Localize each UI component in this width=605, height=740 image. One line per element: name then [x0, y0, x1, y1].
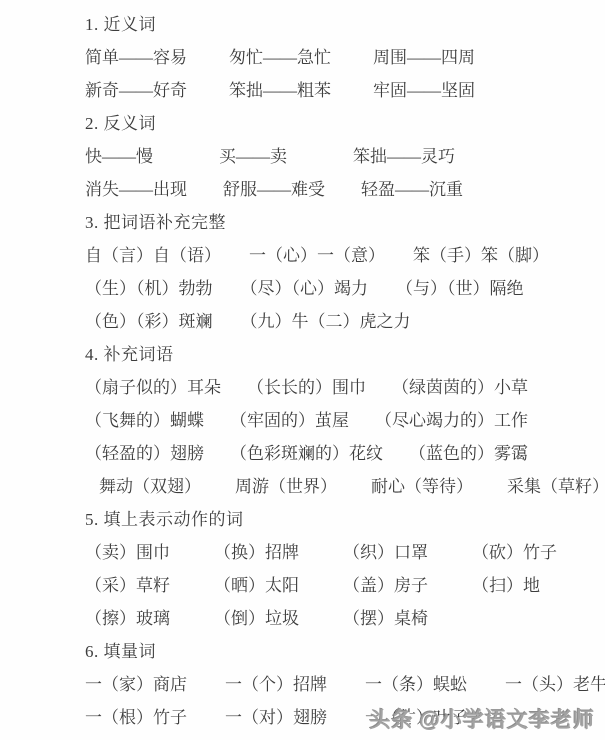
section-heading: 2. 反义词 — [85, 105, 585, 138]
word-row: 快——慢 买——卖 笨拙——灵巧 — [85, 138, 585, 171]
section-antonyms: 2. 反义词 快——慢 买——卖 笨拙——灵巧 消失——出现 舒服——难受 轻盈… — [85, 105, 585, 204]
fill-in-item: （九）牛（二）虎之力 — [241, 307, 411, 332]
fill-in-item: 一（家）商店 — [85, 670, 187, 695]
fill-in-item: （扫）地 — [472, 571, 540, 596]
fill-in-item: 耐心（等待） — [371, 472, 473, 497]
word-row: （飞舞的）蝴蝶 （牢固的）茧屋 （尽心竭力的）工作 — [85, 402, 585, 435]
fill-in-item: （牢固的）茧屋 — [230, 406, 349, 431]
fill-in-item: （倒）垃圾 — [214, 604, 299, 629]
fill-in-item: （色彩斑斓的）花纹 — [230, 439, 383, 464]
fill-in-item: （织）口罩 — [343, 538, 428, 563]
fill-in-item: 一（个）招牌 — [225, 670, 327, 695]
section-heading: 5. 填上表示动作的词 — [85, 501, 585, 534]
word-row: 一（家）商店 一（个）招牌 一（条）蜈蚣 一（头）老牛 — [85, 666, 585, 699]
word-row: 自（言）自（语） 一（心）一（意） 笨（手）笨（脚） — [85, 237, 585, 270]
fill-in-item: （扇子似的）耳朵 — [85, 373, 221, 398]
fill-in-item: （砍）竹子 — [472, 538, 557, 563]
fill-in-item: （晒）太阳 — [214, 571, 299, 596]
fill-in-item: 一（根）竹子 — [85, 703, 187, 728]
word-row: （擦）玻璃 （倒）垃圾 （摆）桌椅 — [85, 600, 585, 633]
fill-in-item: 自（言）自（语） — [85, 241, 221, 266]
fill-in-item: （换）招牌 — [214, 538, 299, 563]
fill-in-item: （尽）（心）竭力 — [241, 274, 369, 299]
fill-in-item: （采）草籽 — [85, 571, 170, 596]
fill-in-item: （飞舞的）蝴蝶 — [85, 406, 204, 431]
fill-in-item: （色）（彩）斑斓 — [85, 307, 213, 332]
section-heading: 6. 填量词 — [85, 633, 585, 666]
word-pair: 笨拙——灵巧 — [353, 142, 455, 167]
section-complete-words: 3. 把词语补充完整 自（言）自（语） 一（心）一（意） 笨（手）笨（脚） （生… — [85, 204, 585, 336]
toutiao-logo-text: 头条 — [370, 709, 414, 732]
word-pair: 周围——四周 — [373, 43, 475, 68]
word-row: 简单——容易 匆忙——急忙 周围——四周 — [85, 39, 585, 72]
word-pair: 匆忙——急忙 — [229, 43, 331, 68]
fill-in-item: 笨（手）笨（脚） — [413, 241, 549, 266]
worksheet-page: 1. 近义词 简单——容易 匆忙——急忙 周围——四周 新奇——好奇 笨拙——粗… — [0, 0, 605, 740]
fill-in-item: 一（条）蜈蚣 — [365, 670, 467, 695]
section-action-words: 5. 填上表示动作的词 （卖）围巾 （换）招牌 （织）口罩 （砍）竹子 （采）草… — [85, 501, 585, 633]
fill-in-item: （摆）桌椅 — [343, 604, 428, 629]
section-supplement-phrases: 4. 补充词语 （扇子似的）耳朵 （长长的）围巾 （绿茵茵的）小草 （飞舞的）蝴… — [85, 336, 585, 501]
fill-in-item: （轻盈的）翅膀 — [85, 439, 204, 464]
word-row: 新奇——好奇 笨拙——粗苯 牢固——坚固 — [85, 72, 585, 105]
fill-in-item: （生）（机）勃勃 — [85, 274, 213, 299]
word-pair: 笨拙——粗苯 — [229, 76, 331, 101]
word-pair: 牢固——坚固 — [373, 76, 475, 101]
fill-in-item: 一（头）老牛 — [505, 670, 605, 695]
word-row: （卖）围巾 （换）招牌 （织）口罩 （砍）竹子 — [85, 534, 585, 567]
word-pair: 消失——出现 — [85, 175, 187, 200]
fill-in-item: （与）（世）隔绝 — [396, 274, 524, 299]
fill-in-item: 采集（草籽） — [507, 472, 605, 497]
word-row: （扇子似的）耳朵 （长长的）围巾 （绿茵茵的）小草 — [85, 369, 585, 402]
word-row: 舞动（双翅） 周游（世界） 耐心（等待） 采集（草籽） — [85, 468, 585, 501]
toutiao-watermark: 头条@小学语文李老师 — [370, 704, 595, 734]
word-pair: 简单——容易 — [85, 43, 187, 68]
word-row: （色）（彩）斑斓 （九）牛（二）虎之力 — [85, 303, 585, 336]
fill-in-item: （蓝色的）雾霭 — [409, 439, 528, 464]
section-heading: 3. 把词语补充完整 — [85, 204, 585, 237]
fill-in-item: 周游（世界） — [235, 472, 337, 497]
fill-in-item: （绿茵茵的）小草 — [392, 373, 528, 398]
fill-in-item: （长长的）围巾 — [247, 373, 366, 398]
fill-in-item: （卖）围巾 — [85, 538, 170, 563]
fill-in-item: （尽心竭力的）工作 — [375, 406, 528, 431]
word-pair: 轻盈——沉重 — [361, 175, 463, 200]
fill-in-item: 一（对）翅膀 — [225, 703, 327, 728]
word-pair: 快——慢 — [85, 142, 153, 167]
word-row: （生）（机）勃勃 （尽）（心）竭力 （与）（世）隔绝 — [85, 270, 585, 303]
word-row: （轻盈的）翅膀 （色彩斑斓的）花纹 （蓝色的）雾霭 — [85, 435, 585, 468]
word-pair: 新奇——好奇 — [85, 76, 187, 101]
section-synonyms: 1. 近义词 简单——容易 匆忙——急忙 周围——四周 新奇——好奇 笨拙——粗… — [85, 6, 585, 105]
fill-in-item: 舞动（双翅） — [99, 472, 201, 497]
fill-in-item: 一（心）一（意） — [249, 241, 385, 266]
fill-in-item: （盖）房子 — [343, 571, 428, 596]
watermark-handle: @小学语文李老师 — [420, 709, 595, 732]
word-row: （采）草籽 （晒）太阳 （盖）房子 （扫）地 — [85, 567, 585, 600]
word-row: 消失——出现 舒服——难受 轻盈——沉重 — [85, 171, 585, 204]
word-pair: 舒服——难受 — [223, 175, 325, 200]
section-heading: 4. 补充词语 — [85, 336, 585, 369]
fill-in-item: （擦）玻璃 — [85, 604, 170, 629]
section-heading: 1. 近义词 — [85, 6, 585, 39]
word-pair: 买——卖 — [219, 142, 287, 167]
